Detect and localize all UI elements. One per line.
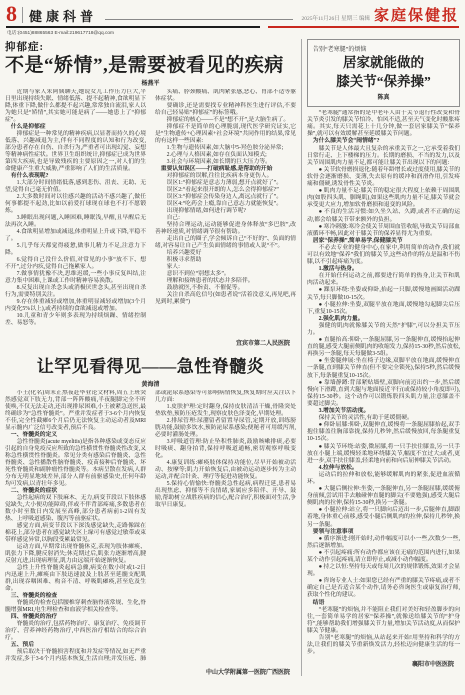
section-title: 健康科普 xyxy=(29,9,97,24)
article-paragraph: 抑郁症是一种常见的精神疾病,以显著而持久的心境低落、兴趣减退为主,伴有不同程度的… xyxy=(5,131,146,173)
article-kicker: 告别“老寒腿”的烦恼 xyxy=(313,44,454,53)
article-subhead: 2.强化肌肉力量。 xyxy=(307,316,460,323)
article-paragraph: 脊髓炎的检查包括腰椎穿刺查脑脊液常规、生化,脊髓增强MRI,电生理检查和血液学相… xyxy=(5,600,146,614)
article-paragraph: 近期与家人朱阿姨聊天,她说女儿工作压力巨大,平日里出现持续失眠、情绪低落、提不起… xyxy=(5,89,146,124)
article-paragraph: 1.皮肤护理:定时翻身,保持皮肤清洁干燥,骨隆突处垫软垫,预防压疮发生,现察皮肤… xyxy=(155,404,296,418)
article-paragraph: 运动方面,早期常出现脊髓休克,表现为肢体瘫痪、肌张力下降,腱反射消失;休克期过后… xyxy=(5,544,146,565)
header-red-rule xyxy=(268,26,459,28)
article-author: 黄海清 xyxy=(5,379,296,388)
article-paragraph: 1.大部分时间情绪低落,感到悲伤、沮丧、无助、无望,觉得自己毫无价值。 xyxy=(5,180,146,194)
article-body: 近期与家人朱阿姨聊天,她说女儿工作压力巨大,平日里出现持续失眠、情绪低落、提不起… xyxy=(5,89,296,337)
date-line: 2025年11月26日 星期三 编辑 xyxy=(301,14,370,22)
article-paragraph: 急性上升性脊髓炎起病急骤,病变在数小时或1-2日内迅速上升,瘫痪由下肢迅速波及上… xyxy=(5,565,146,593)
article-paragraph: ● 肌肉力量不足:膝关节的稳定很大程度上依赖于周围肌肉(如股四头肌、腘绳肌),如… xyxy=(307,188,460,209)
article-paragraph: 关注自杀高危信号(如患者说“活着没意义,再见吧,再见到时,累赘”) xyxy=(155,292,296,306)
article-paragraph: ● 膝关节环绕:站姿,微屈膝,将一只手扶住膝盖,另一只手放在小腿上端,缓慢轻柔地… xyxy=(307,444,460,465)
article-paragraph: 抑郁症不是简单的心理脆弱,现代医学研究证实,它是“生物遗传+心理因素+社会环境”… xyxy=(155,124,296,145)
article-author: 陈真 xyxy=(313,92,454,101)
article-paragraph: 强健的肌肉就像膝关节的天然“护膝”,可以分担关节压力。 xyxy=(307,323,460,337)
article-paragraph: 告别“老寒腿”的烦恼,从站起来开始!用坚持和科学的方法,让我们的膝关节重新焕发活… xyxy=(307,635,460,656)
article-paragraph: ● 大腿后侧拉伸:坐姿,一条腿伸直,另一条腿屈膝,缓缓俯身前倾,尝试用手去触碰伸… xyxy=(307,486,460,507)
article-body: “老寒腿”通常指的是中老年人由于关节退行性改变和骨关节炎引发的膝关节怕冷、怕风不… xyxy=(307,110,460,658)
article-title-line1: 居家就能做的 xyxy=(313,54,454,72)
article-myelitis: 让罕见看得见——急性脊髓炎 黄海清 小王(化名)周末正熬夜赶毕业论文材料,周五上… xyxy=(5,352,296,676)
article-paragraph: ● 不引起疼痛:所有动作都应该在无痛的范围内进行,如果某个动作引起疼痛,请立即停… xyxy=(307,550,460,564)
article-paragraph: 膝关节是人体最大且复杂的承重关节之一,它承受着我们日常行走、上下楼梯的压力。长期… xyxy=(307,146,460,167)
article-paragraph: “老寒腿”通常指的是中老年人由于关节退行性改变和骨关节炎引发的膝关节怕冷、怕风不… xyxy=(307,110,460,138)
article-paragraph: ● 咨询专业人士:如果您已经有严重的膝关节疼痛,或者不确定自己是否适合某个动作,… xyxy=(307,578,460,599)
article-paragraph: “老寒腿”的烦恼,并不能阻止我们对美好和轻盈脚步的向往,一套简单易学的居家“保养… xyxy=(307,607,460,635)
article-paragraph: 7.做事情犹豫不决,思维迟缓,一些小事反复纠结,注意力集中困难,上课或工作时精神… xyxy=(5,271,146,285)
article-paragraph: 在开始任何运动之前,都要进行简单的热身,让关节和肌肉活动起来。 xyxy=(307,273,460,287)
article-paragraph: ● 持之以恒:坚持每天或每周几次的规律锻炼,效果才会显现。 xyxy=(307,564,460,578)
header-rule xyxy=(105,19,293,20)
article-paragraph: 5.保持心情愉快:脊髓炎急性起病,病程迁延,患者易出现焦虑、抑郁等不良情绪,家属… xyxy=(155,481,296,509)
article-paragraph: 脊髓炎的治疗,包括药物治疗、康复治疗、免疫调节治疗、营养神经药物治疗,中西医治疗… xyxy=(5,621,146,642)
column-divider xyxy=(301,39,302,676)
contact-line: 电话:(0451)88865563 E-mail:219617718@qq.co… xyxy=(6,28,260,36)
article-paragraph: 头痛、脖颈酸痛、肌肉紧张感,恶心、胃部不适等躯体症状。 xyxy=(155,89,296,103)
article-paragraph: 小王(化名)周末正熬夜赶毕业论文材料,周五上班突然感觉双下肢无力,背部一阵阵酸痛… xyxy=(5,390,146,432)
article-title: 不是“矫情”,是需要被看见的疾病 xyxy=(5,55,296,76)
article-title-line2: 膝关节“保养操” xyxy=(313,73,454,91)
left-column-region: 抑郁症: 不是“矫情”,是需要被看见的疾病 杨燕平 近期与家人朱阿姨聊天,她说女… xyxy=(5,39,296,676)
article-paragraph: 不必去专业的健身中心,在家中,利用简单的动作,我们就可以有效地“保养”我们的膝关… xyxy=(307,245,460,266)
page-number: 8 xyxy=(6,4,17,24)
article-body: 小王(化名)周末正熬夜赶毕业论文材料,周五上班突然感觉双下肢无力,背部一阵阵酸痛… xyxy=(5,390,296,666)
article-paragraph: 6.觉得自己没什么价值,对常见的小事“放不下、想不开”,过分内疚,觉得自己拖累家… xyxy=(5,257,146,271)
article-attribution: 中山大学附属第一医院广西医院 xyxy=(5,666,296,676)
article-subhead: 为什么膝关节会“闹情绪”? xyxy=(307,138,460,145)
page-header: 8 健康科普 2025年11月26日 星期三 编辑 家庭保健报 电话:(0451… xyxy=(0,0,465,36)
article-knee: 告别“老寒腿”的烦恼 居家就能做的 膝关节“保养操” 陈真 “老寒腿”通常指的是… xyxy=(307,39,460,676)
article-paragraph: 坚持合理运动,运动能够促进身体释放“多巴胺”,改善神经递质,对情绪调节很有帮助。 xyxy=(155,222,296,236)
article-title: 让罕见看得见——急性脊髓炎 xyxy=(5,352,296,377)
article-paragraph: ● 循序渐进:刚开始时,动作幅度可以小一些,次数少一些,然后逐渐增加。 xyxy=(307,536,460,550)
article-kicker: 抑郁症: xyxy=(5,39,296,54)
article-paragraph: ● 直腿抬高:仰卧,一条腿屈膝,另一条腿伸直,缓慢抬起伸直的腿,感受大腿前侧肌肉… xyxy=(307,337,460,358)
article-subhead: 居家“保养操”,简单易学,保健膝关节 xyxy=(307,238,460,245)
article-paragraph: 急性起病的双下肢麻木、无力,病变节段以下肢体感觉缺失,大小便功能障碍,伴或不伴背… xyxy=(5,495,146,523)
article-paragraph: 8.反复出现自杀念头或消极厌世念头,甚至出现自杀行为,需要特别关注。 xyxy=(5,285,146,299)
article-paragraph: 要确诊,还是需要找专业精神科医生进行评估,不要给自己轻易贴“抑郁症”的标签哦。 xyxy=(155,103,296,117)
article-paragraph: ● 寒冷刺激:寒冷会使关节周围血管收缩,导致关节局部血液循环不畅,因此对于膝关节… xyxy=(307,224,460,238)
article-paragraph: 10.儿童和青少年则多表现为持续烦躁、情绪控制差、易怒等。 xyxy=(5,313,146,327)
newspaper-page: 8 健康科普 2025年11月26日 星期三 编辑 家庭保健报 电话:(0451… xyxy=(0,0,465,695)
article-attribution: 襄阳市中医医院 xyxy=(307,658,460,668)
article-depression: 抑郁症: 不是“矫情”,是需要被看见的疾病 杨燕平 近期与家人朱阿姨聊天,她说女… xyxy=(5,39,296,347)
article-paragraph: 5.几乎每天都觉得疲惫,做事儿精力不足,注意力下降。 xyxy=(5,243,146,257)
article-paragraph: 急性脊髓炎(acute myelitis)是指各种感染或变态反应引起的自身免疫反… xyxy=(5,439,146,488)
article-paragraph: 4.食欲明显增加或减退,体重明显上升或下降,平稳不了。 xyxy=(5,229,146,243)
article-paragraph: ● 关节软骨磨损退化:随着年龄增长或过度使用,膝关节的软骨会逐渐磨损、变薄,失去… xyxy=(307,167,460,188)
header-divider xyxy=(22,7,23,23)
article-subhead: 4.拉伸与放松。 xyxy=(307,465,460,472)
article-paragraph: ● 小腿拉伸:站立,将一只脚向后迈出一步,后腿伸直,脚跟着地,身体重心前移,感受… xyxy=(307,507,460,528)
article-attribution: 宜宾市第二人民医院 xyxy=(5,337,296,347)
article-paragraph: 3.睡眠出现问题,入睡困难,睡眠浅,早醒,且早醒后无法再次入睡。 xyxy=(5,215,146,229)
article-paragraph: ● 靠墙静蹲:背部紧贴墙壁,双脚向前迈出约一步,然后缓慢向下滑蹲,直到大腿与地面… xyxy=(307,380,460,408)
article-paragraph: ● 仰卧屈膝:仰卧,双腿伸直,缓慢将一条腿屈膝抬起,双手抱住膝盖往胸部靠拢,保持… xyxy=(307,422,460,443)
article-paragraph: 4.康复训练:瘫痪肢体保持功能位,尽早开始被动活动、按摩等;肌力开始恢复后,由被… xyxy=(155,460,296,481)
article-paragraph: 2.排尿管理:尿潴留者留置导尿管,定期开放,训练膀胱功能,鼓励多饮水,预防泌尿系… xyxy=(155,418,296,439)
article-paragraph: ● 不良的生活习惯:如久坐久站、久蹲,或者不正确的运动,都会给膝关节带来额外的负… xyxy=(307,209,460,223)
article-paragraph: 感觉方面,病变节段以下深浅感觉缺失,走路像踩在棉花上,部分患者在感觉缺失区上缘可… xyxy=(5,523,146,544)
page-body: 抑郁症: 不是“矫情”,是需要被看见的疾病 杨燕平 近期与家人朱阿姨聊天,她说女… xyxy=(0,36,465,676)
article-paragraph: ● 坐姿腿伸展:坐在椅子边缘,双脚平放在地面,缓慢伸直一条腿,直到膝关节伸直(但… xyxy=(307,358,460,379)
article-paragraph: ● 小腿拉伸:坐姿,双腿平放在地面,缓慢地勾起脚尖后压下,重复10-15次。 xyxy=(307,302,460,316)
article-title-box: 告别“老寒腿”的烦恼 居家就能做的 膝关节“保养操” 陈真 xyxy=(307,39,460,107)
article-author: 杨燕平 xyxy=(5,78,296,87)
article-paragraph: 2.大多数时间对以往感兴趣的活动不感兴趣了,做任何事都提不起劲,比如以前爱打球现… xyxy=(5,194,146,215)
article-subhead: 结语 xyxy=(307,600,460,607)
article-paragraph: ● 踝泵环绕:坐姿或仰卧,抬起一只脚,缓慢地画圈活动踝关节,每只脚做10-15次… xyxy=(307,287,460,301)
article-paragraph: 9.存在体重减轻或增加,体重明显减轻或增加(3个月内变化5%以上),或者持续的食… xyxy=(5,299,146,313)
article-paragraph: 走出自己的圈子,学会倾诉自己“不好的”、负面的情绪,对容易让自己产生负面情绪的事… xyxy=(155,236,296,250)
article-paragraph: 3.呼吸道管理:防止坠积性肺炎,鼓励咳嗽排痰,必要时吸痰、翻身拍背,保持呼吸道通… xyxy=(155,439,296,460)
article-subhead: 要领与注意事项 xyxy=(307,529,460,536)
masthead: 家庭保健报 xyxy=(374,9,459,24)
article-paragraph: 运动后的拉伸和放松,能够缓解肌肉的紧张,促进血液循环。 xyxy=(307,472,460,486)
